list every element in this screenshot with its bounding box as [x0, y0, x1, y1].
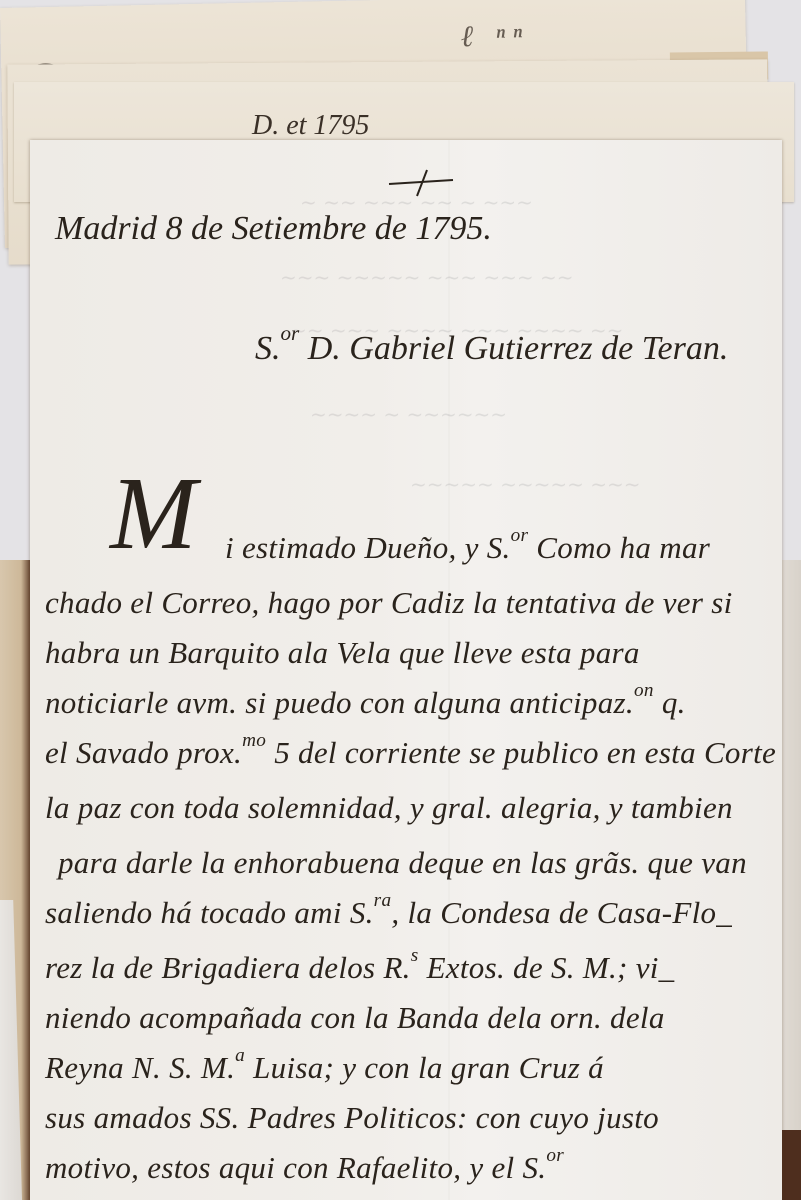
body-line-11: Reyna N. S. M.a Luisa; y con la gran Cru…	[45, 1050, 604, 1086]
salutation-sup: or	[281, 321, 300, 345]
bleed-through-text: ~~~~ ~ ~~~~~~	[310, 402, 507, 426]
place-date: Madrid 8 de Setiembre de 1795.	[55, 210, 492, 248]
body-line-3: habra un Barquito ala Vela que lleve est…	[45, 635, 640, 671]
body-line-5: el Savado prox.mo 5 del corriente se pub…	[45, 735, 776, 771]
cross-mark-icon	[385, 168, 457, 198]
body-line-6: la paz con toda solemnidad, y gral. aleg…	[45, 790, 733, 826]
body-line-13: motivo, estos aqui con Rafaelito, y el S…	[45, 1150, 564, 1186]
body-line-8: saliendo há tocado ami S.ra, la Condesa …	[45, 895, 732, 931]
body-line-7: para darle la enhorabuena deque en las g…	[58, 845, 747, 881]
salutation-prefix: S.	[255, 330, 281, 367]
body-line-12: sus amados SS. Padres Politicos: con cuy…	[45, 1100, 659, 1136]
body-line-4: noticiarle avm. si puedo con alguna anti…	[45, 685, 686, 721]
wood-table-edge	[782, 1130, 801, 1200]
salutation: S.or D. Gabriel Gutierrez de Teran.	[255, 330, 728, 368]
ornate-initial: M	[110, 462, 197, 566]
bleed-through-text: ~~~ ~~~~~ ~~~ ~~~ ~~	[280, 265, 574, 289]
body-line-9: rez la de Brigadiera delos R.s Extos. de…	[45, 950, 674, 986]
faint-ink-marks: ℓ ⁿ ⁿ	[460, 19, 522, 54]
body-line-1: i estimado Dueño, y S.or Como ha mar	[225, 530, 710, 566]
body-line-10: niendo acompañada con la Banda dela orn.…	[45, 1000, 665, 1036]
body-line-2: chado el Correo, hago por Cadiz la tenta…	[45, 585, 733, 621]
bleed-through-text: ~~~~~ ~~~~~ ~~~	[410, 472, 641, 496]
addressee: D. Gabriel Gutierrez de Teran.	[308, 330, 729, 367]
sheet-heading-fragment: D. et 1795	[252, 110, 369, 142]
